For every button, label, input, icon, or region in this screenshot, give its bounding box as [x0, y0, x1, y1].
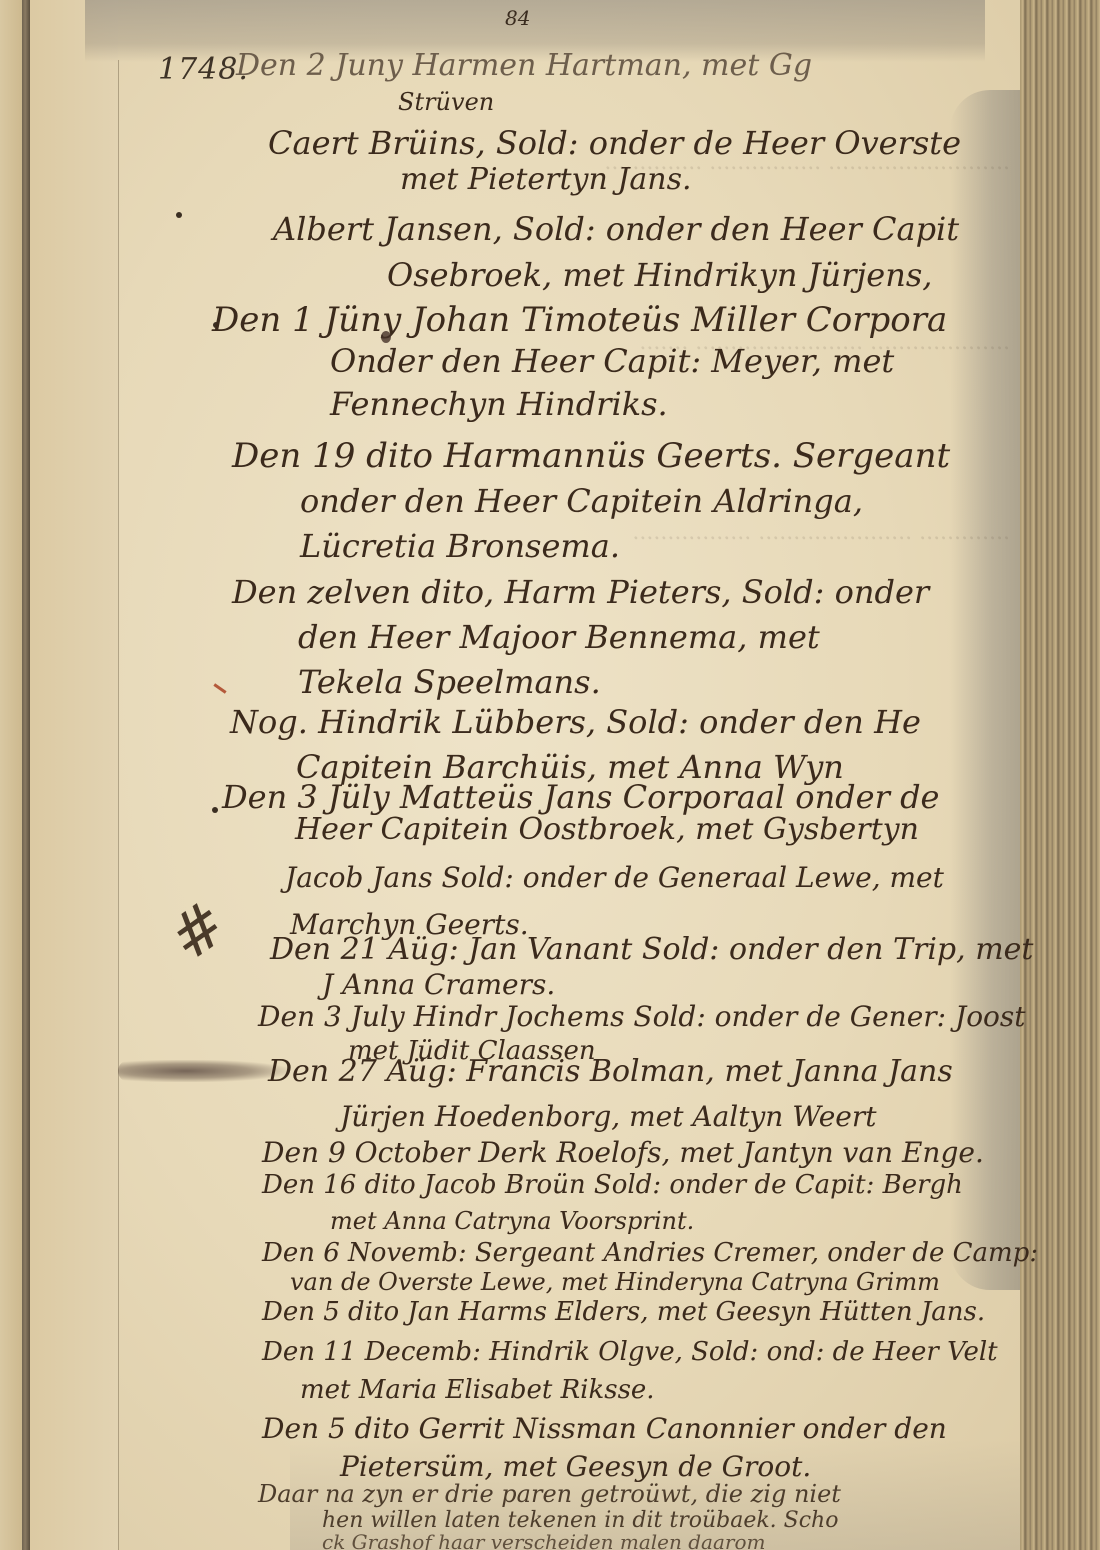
entry-line: Den 11 Decemb: Hindrik Olgve, Sold: ond:… — [262, 1337, 998, 1367]
margin-dot — [176, 212, 182, 218]
entry-line: Den 21 Aüg: Jan Vanant Sold: onder den T… — [270, 932, 1033, 967]
entry-line: onder den Heer Capitein Aldringa, — [300, 482, 863, 520]
entry-line: Heer Capitein Oostbroek, met Gysbertyn — [295, 812, 919, 847]
entry-line: Den 5 dito Gerrit Nissman Canonnier onde… — [262, 1412, 947, 1445]
manuscript-scan: .......................... .............… — [0, 0, 1100, 1550]
entry-line: Den 27 Aüg: Francis Bolman, met Janna Ja… — [268, 1054, 953, 1089]
page-edges — [1020, 0, 1100, 1550]
page-number: 84 — [505, 6, 530, 30]
entry-line: Den 16 dito Jacob Broün Sold: onder de C… — [262, 1170, 963, 1200]
entry-line: van de Overste Lewe, met Hinderyna Catry… — [290, 1268, 940, 1296]
entry-line: den Heer Majoor Bennema, met — [298, 618, 820, 656]
entry-line: met Anna Catryna Voorsprint. — [330, 1207, 694, 1235]
book-gutter — [22, 0, 30, 1550]
entry-line: Den zelven dito, Harm Pieters, Sold: ond… — [232, 573, 929, 611]
entry-line: met Pietertyn Jans. — [400, 162, 692, 197]
correction-line: Strüven — [398, 88, 494, 116]
left-margin — [30, 0, 118, 1550]
entry-line: Den 9 October Derk Roelofs, met Jantyn v… — [262, 1136, 984, 1169]
entry-line: Nog. Hindrik Lübbers, Sold: onder den He — [230, 703, 921, 741]
entry-line: Den 3 Jüly Matteüs Jans Corporaal onder … — [222, 778, 939, 816]
entry-line: Osebroek, met Hindrikyn Jürjens, — [387, 256, 932, 294]
margin-rule — [118, 60, 119, 1550]
entry-line: Den 5 dito Jan Harms Elders, met Geesyn … — [262, 1297, 985, 1327]
entry-line: Albert Jansen, Sold: onder den Heer Capi… — [273, 210, 959, 248]
entry-line: Tekela Speelmans. — [298, 663, 601, 701]
entry-line: Onder den Heer Capit: Meyer, met — [330, 342, 894, 380]
entry-line: met Maria Elisabet Riksse. — [300, 1375, 655, 1405]
closing-note-line: Daar na zyn er drie paren getroüwt, die … — [258, 1480, 841, 1508]
closing-note-line: ck Grashof haar verscheiden malen daarom — [322, 1530, 765, 1550]
facing-page-edge — [0, 0, 22, 1550]
right-water-stain — [950, 90, 1020, 1290]
entry-line: Jürjen Hoedenborg, met Aaltyn Weert — [340, 1100, 877, 1133]
entry-line: Den 1 Jüny Johan Timoteüs Miller Corpora — [212, 300, 947, 340]
entry-line: Den 6 Novemb: Sergeant Andries Cremer, o… — [262, 1238, 1038, 1268]
entry-line: Lücretia Bronsema. — [300, 527, 620, 565]
ink-smudge — [118, 1060, 288, 1082]
margin-dot — [212, 807, 218, 813]
entry-line: Jacob Jans Sold: onder de Generaal Lewe,… — [285, 861, 944, 894]
entry-line: Fennechyn Hindriks. — [330, 385, 668, 423]
entry-line: Den 19 dito Harmannüs Geerts. Sergeant — [232, 436, 950, 476]
entry-line: Den 3 July Hindr Jochems Sold: onder de … — [258, 1000, 1026, 1033]
entry-line: Den 2 Juny Harmen Hartman, met Gg — [236, 48, 812, 83]
entry-line: Caert Brüins, Sold: onder de Heer Overst… — [268, 124, 961, 162]
entry-line: Pietersüm, met Geesyn de Groot. — [340, 1450, 811, 1483]
entry-line: J Anna Cramers. — [322, 968, 555, 1001]
